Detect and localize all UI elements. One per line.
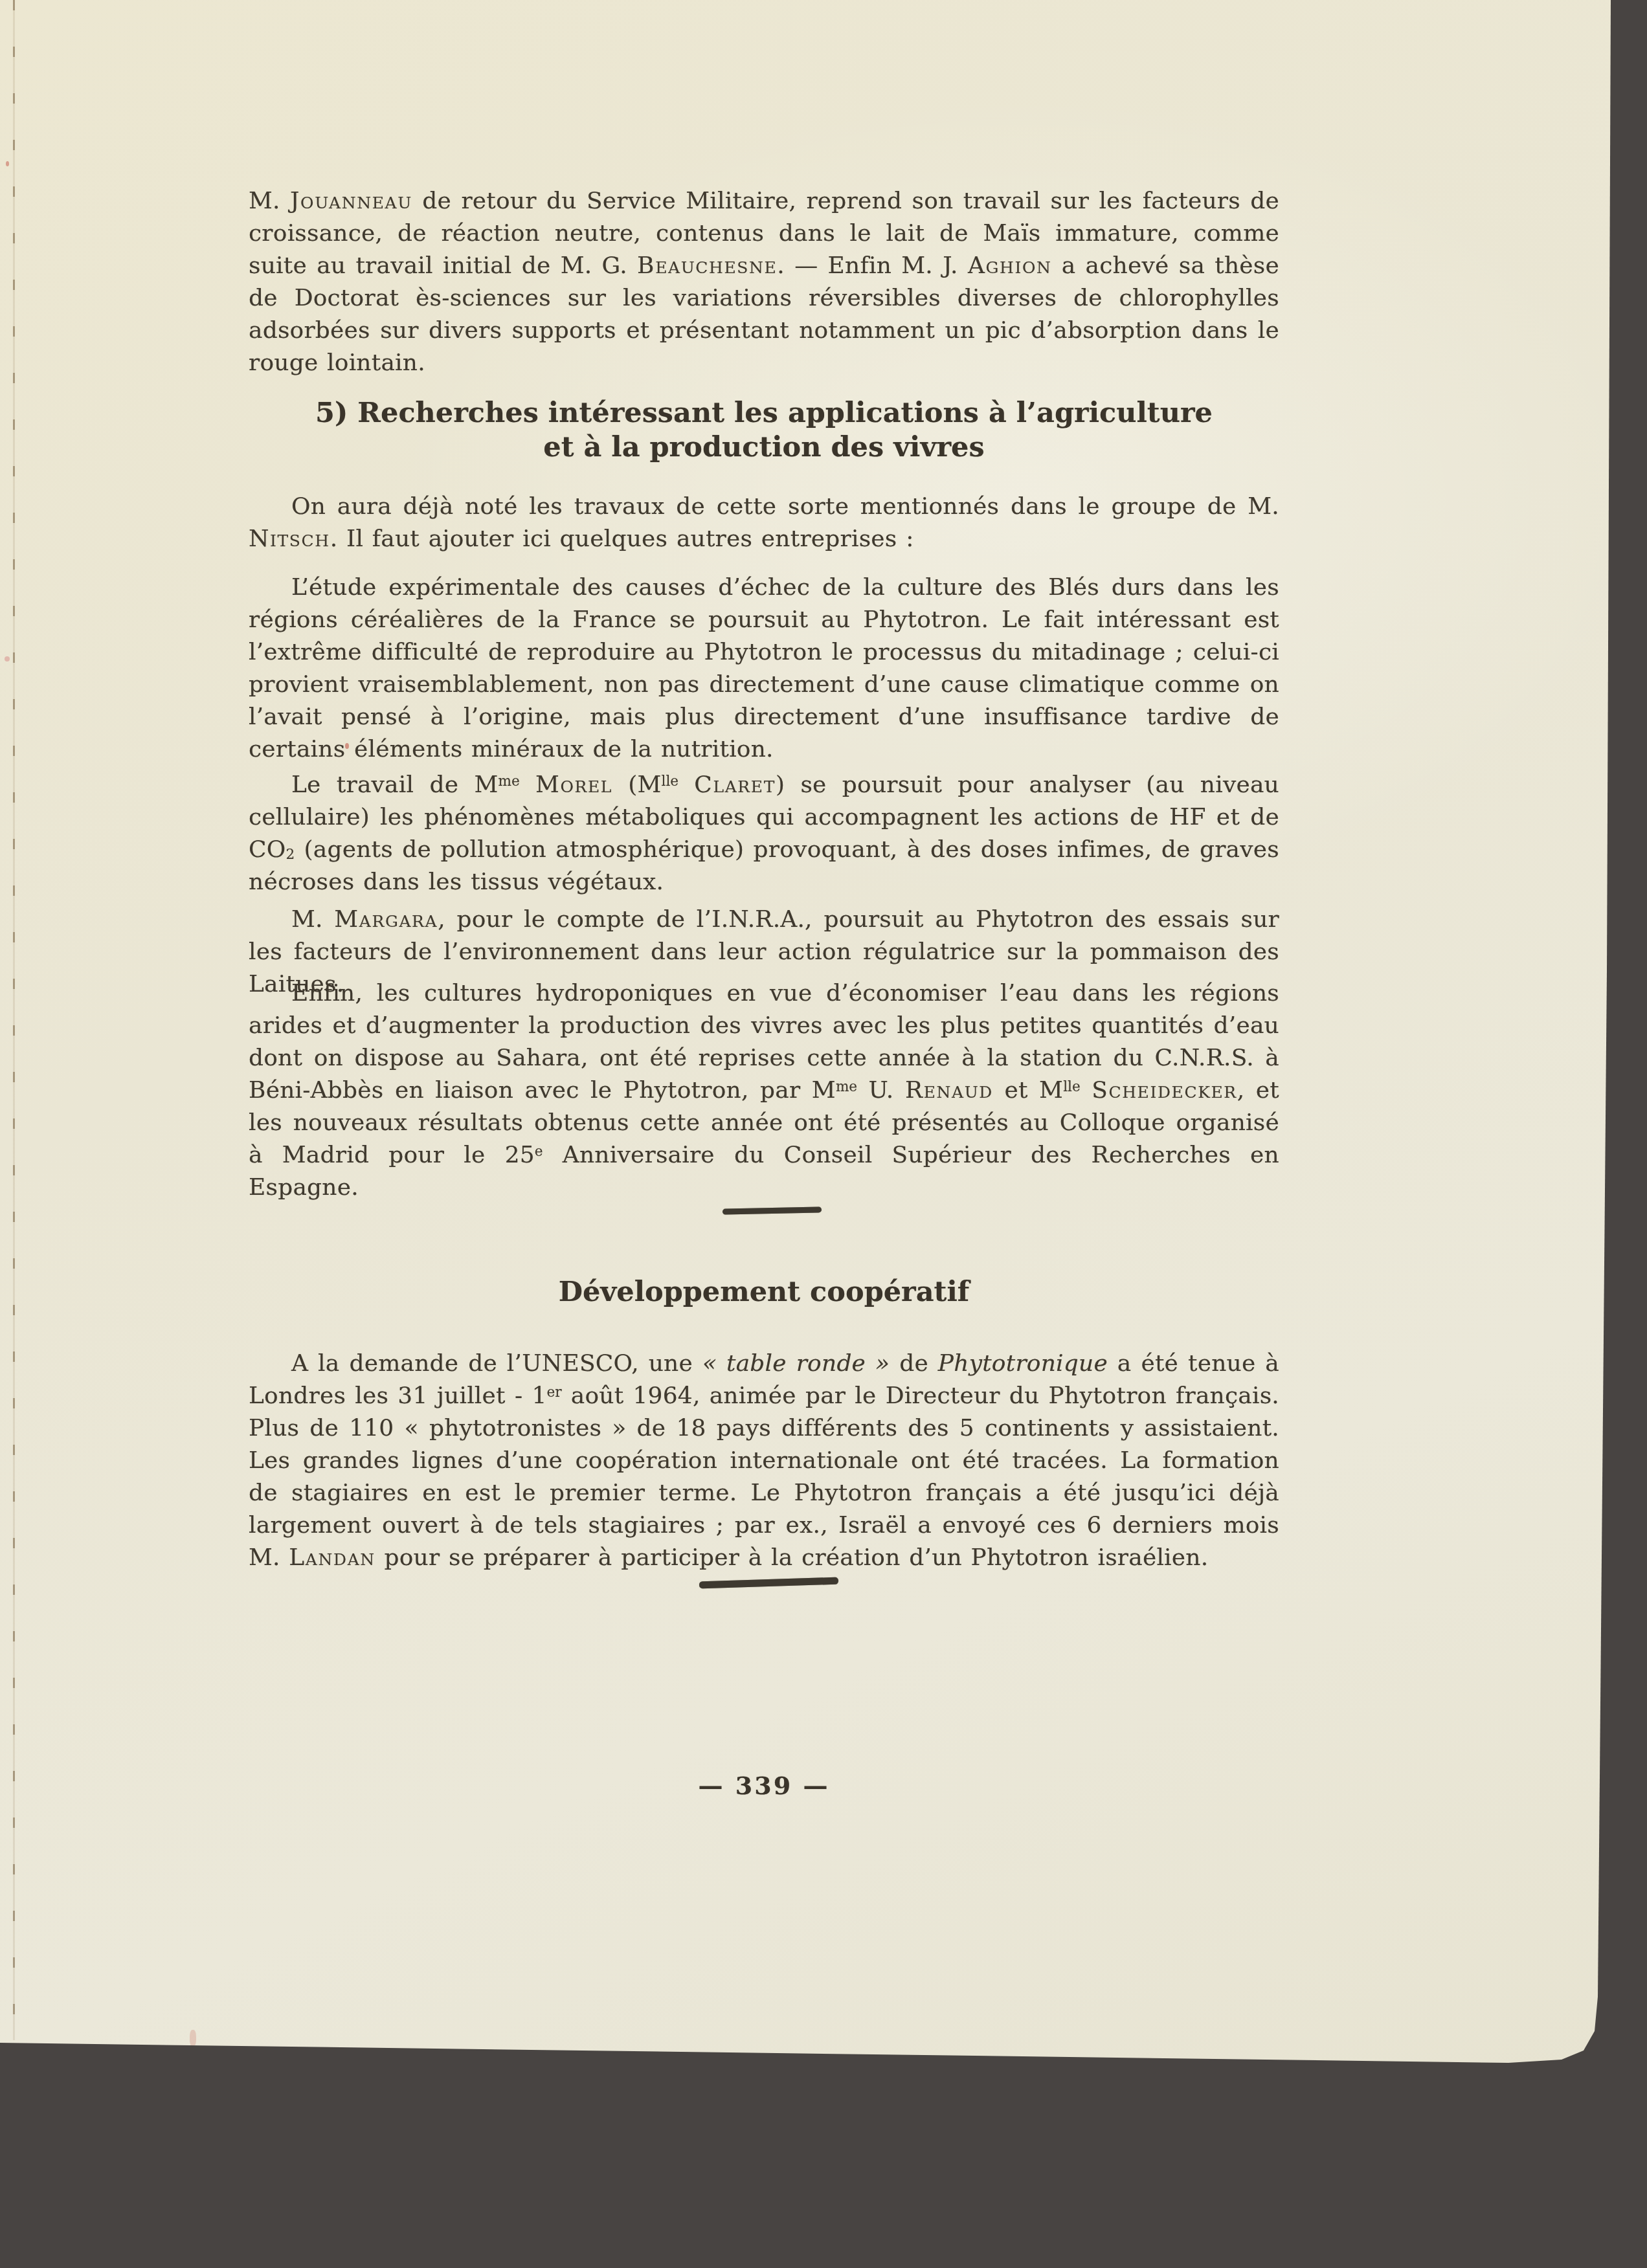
section-heading-line-2: et à la production des vivres bbox=[249, 430, 1279, 465]
ink-speck bbox=[6, 161, 9, 166]
section-divider-rule-1 bbox=[723, 1206, 822, 1214]
section-heading-agriculture: 5) Recherches intéressant les applicatio… bbox=[249, 396, 1279, 465]
ink-speck bbox=[190, 2030, 196, 2047]
section-heading-line-1: 5) Recherches intéressant les applicatio… bbox=[249, 396, 1279, 430]
binding-seam bbox=[13, 0, 15, 2040]
paragraph-hydroponique: Enfin, les cultures hydroponiques en vue… bbox=[249, 977, 1279, 1204]
paragraph-ble-dur: L’étude expérimentale des causes d’échec… bbox=[249, 572, 1279, 766]
book-page: M. Jouanneau de retour du Service Milita… bbox=[0, 0, 1647, 2268]
section-divider-rule-2 bbox=[699, 1577, 838, 1589]
paragraph-nitsch: On aura déjà noté les travaux de cette s… bbox=[249, 491, 1279, 555]
section-heading-cooperation: Développement coopératif bbox=[249, 1275, 1279, 1309]
paragraph-morel: Le travail de Mme Morel (Mlle Claret) se… bbox=[249, 769, 1279, 898]
scanner-background: M. Jouanneau de retour du Service Milita… bbox=[0, 0, 1647, 2268]
paragraph-jouanneau: M. Jouanneau de retour du Service Milita… bbox=[249, 185, 1279, 379]
ink-speck bbox=[5, 656, 10, 661]
page-number: — 339 — bbox=[249, 1771, 1279, 1800]
paragraph-unesco: A la demande de l’UNESCO, une « table ro… bbox=[249, 1348, 1279, 1574]
